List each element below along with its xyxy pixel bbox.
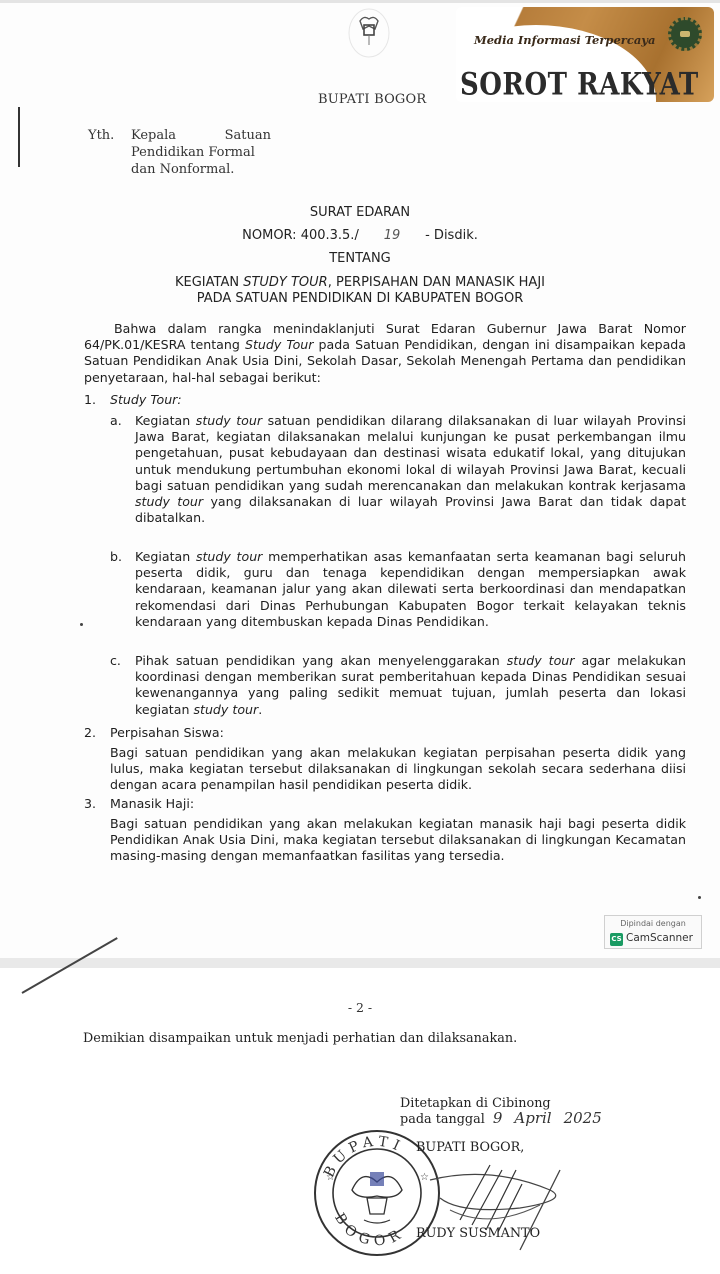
section-2-paragraph: Bagi satuan pendidikan yang akan melakuk… bbox=[110, 745, 686, 794]
speck-mark bbox=[80, 623, 83, 626]
document-number: NOMOR: 400.3.5./ 19 - Disdik. bbox=[0, 228, 720, 243]
list-item-a: a. Kegiatan study tour satuan pendidikan… bbox=[110, 413, 686, 526]
signature-place-date: Ditetapkan di Cibinong pada tanggal 9 Ap… bbox=[400, 1096, 602, 1127]
watermark-brand-name: SOROT RAKYAT bbox=[460, 67, 699, 102]
camscanner-caption: Dipindai dengan bbox=[605, 919, 701, 928]
page-divider bbox=[0, 958, 720, 968]
number-suffix: - Disdik. bbox=[425, 228, 478, 243]
camscanner-badge: Dipindai dengan CS CamScanner bbox=[604, 915, 702, 949]
item-italic: study tour bbox=[193, 702, 258, 717]
item-text: yang dilaksanakan di luar wilayah Provin… bbox=[135, 494, 686, 525]
watermark-logo: Media Informasi Terpercaya SOROT RAKYAT bbox=[456, 7, 714, 102]
subject-line2: PADA SATUAN PENDIDIKAN DI KABUPATEN BOGO… bbox=[197, 291, 524, 306]
intro-paragraph: Bahwa dalam rangka menindaklanjuti Surat… bbox=[84, 321, 686, 386]
signature-date-year: 2025 bbox=[564, 1111, 602, 1126]
item-letter: a. bbox=[110, 413, 122, 429]
subject-title: KEGIATAN STUDY TOUR, PERPISAHAN DAN MANA… bbox=[0, 275, 720, 307]
recipient-line1a: Kepala bbox=[131, 127, 176, 144]
recipient-line1b: Satuan bbox=[225, 127, 271, 144]
recipient-label: Yth. bbox=[88, 127, 114, 144]
item-italic: study tour bbox=[507, 653, 575, 668]
signature-date-label: pada tanggal bbox=[400, 1112, 485, 1127]
item-text: Pihak satuan pendidikan yang akan menyel… bbox=[135, 653, 507, 668]
item-italic: study tour bbox=[196, 549, 262, 564]
recipient-line2: Pendidikan Formal bbox=[131, 144, 271, 161]
signatory-name: RUDY SUSMANTO bbox=[416, 1226, 540, 1241]
about-label: TENTANG bbox=[0, 251, 720, 266]
section-heading-1: 1.Study Tour: bbox=[84, 392, 182, 407]
number-prefix: NOMOR: 400.3.5./ bbox=[242, 228, 359, 243]
svg-text:BUPATI: BUPATI bbox=[321, 1134, 406, 1181]
section-number: 1. bbox=[84, 392, 110, 407]
garuda-emblem-icon bbox=[346, 7, 392, 59]
list-item-c: c. Pihak satuan pendidikan yang akan men… bbox=[110, 653, 686, 718]
section-title: Manasik Haji: bbox=[110, 796, 194, 811]
intro-italic: Study Tour bbox=[245, 337, 313, 352]
signature-date-day: 9 bbox=[493, 1111, 503, 1126]
number-handwritten: 19 bbox=[363, 228, 421, 243]
list-item-b: b. Kegiatan study tour memperhatikan asa… bbox=[110, 549, 686, 630]
watermark-tagline: Media Informasi Terpercaya bbox=[474, 33, 655, 47]
speck-mark bbox=[698, 896, 701, 899]
item-text: Kegiatan bbox=[135, 413, 196, 428]
section-number: 3. bbox=[84, 796, 110, 811]
closing-statement: Demikian disampaikan untuk menjadi perha… bbox=[83, 1031, 517, 1046]
item-italic: study tour bbox=[135, 494, 203, 509]
signature-date-month: April bbox=[514, 1111, 551, 1126]
item-text: . bbox=[258, 702, 262, 717]
section-number: 2. bbox=[84, 725, 110, 740]
scan-edge-mark bbox=[18, 107, 20, 167]
letterhead-office: BUPATI BOGOR bbox=[318, 92, 426, 107]
section-heading-3: 3.Manasik Haji: bbox=[84, 796, 194, 811]
subject-text: KEGIATAN bbox=[175, 275, 243, 290]
subject-text: , PERPISAHAN DAN MANASIK HAJI bbox=[328, 275, 545, 290]
svg-text:BOGOR: BOGOR bbox=[331, 1211, 408, 1250]
section-title: Study Tour: bbox=[110, 392, 182, 407]
camscanner-name: CamScanner bbox=[626, 932, 693, 944]
document-type: SURAT EDARAN bbox=[0, 205, 720, 220]
camscanner-logo-icon: CS bbox=[610, 933, 623, 946]
section-3-paragraph: Bagi satuan pendidikan yang akan melakuk… bbox=[110, 816, 686, 865]
recipient-line3: dan Nonformal. bbox=[131, 161, 271, 178]
handwritten-signature-icon bbox=[420, 1150, 600, 1260]
section-heading-2: 2.Perpisahan Siswa: bbox=[84, 725, 224, 740]
section-title: Perpisahan Siswa: bbox=[110, 725, 224, 740]
item-text: Kegiatan bbox=[135, 549, 196, 564]
document-page-1: Media Informasi Terpercaya SOROT RAKYAT … bbox=[0, 0, 720, 958]
seal-badge-icon bbox=[668, 17, 702, 51]
page-number: - 2 - bbox=[0, 1000, 720, 1015]
item-letter: c. bbox=[110, 653, 121, 669]
subject-italic: STUDY TOUR bbox=[243, 275, 328, 290]
item-italic: study tour bbox=[196, 413, 262, 428]
item-letter: b. bbox=[110, 549, 122, 565]
